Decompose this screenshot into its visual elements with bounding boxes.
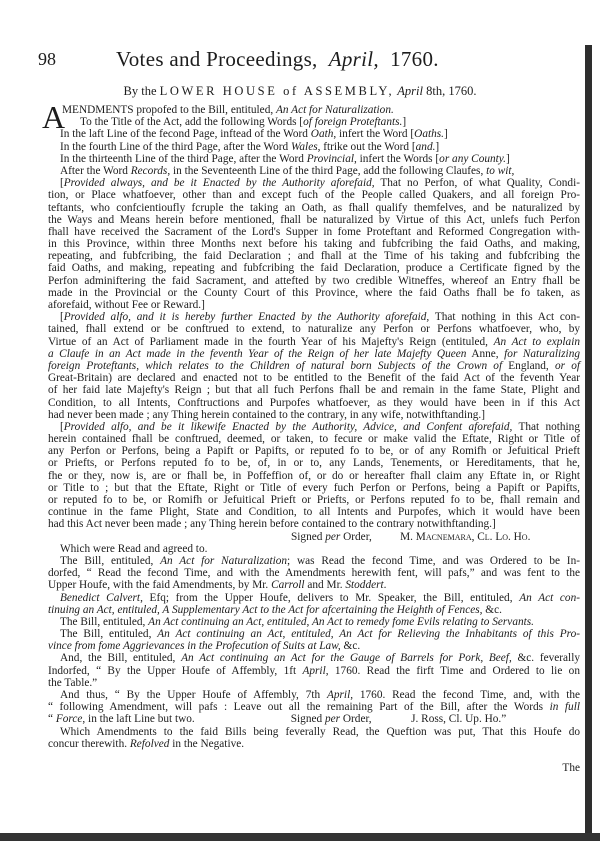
signature-upper-house: “ Force, in the laft Line but two. Signe… — [48, 713, 580, 725]
text-line: had this Act never been made ; any Thing… — [48, 518, 580, 530]
text-line: made in the Provincial or the County Cou… — [48, 287, 580, 299]
document-body: AMENDMENTS propofed to the Bill, entitul… — [48, 104, 580, 774]
text-line: aforefaid, without Fee or Reward.] — [48, 299, 580, 311]
text-line: Perfon adminiftering the faid Sacrament,… — [48, 275, 580, 287]
text-line: tion, or Place whatfoever, other than an… — [48, 189, 580, 201]
text-line: The Bill, entituled, An Act continuing a… — [48, 628, 580, 640]
text-line: dorfed, “ Read the fecond Time, and with… — [48, 567, 580, 579]
text-line: Which were Read and agreed to. — [48, 543, 580, 555]
section-heading: By the LOWER HOUSE of ASSEMBLY, April 8t… — [0, 84, 600, 99]
text-line: in this Province, within three Months ne… — [48, 238, 580, 250]
text-line: the Ways and Means herein before mention… — [48, 214, 580, 226]
text-line: [Provided alfo, and be it likewife Enact… — [48, 421, 580, 433]
text-line: foreign Proteftants, which relates to th… — [48, 360, 580, 372]
text-line: any Perfon or Perfons, being a Papift or… — [48, 445, 580, 457]
text-line: a Claufe in an Act made in the feventh Y… — [48, 348, 580, 360]
text-line: tinuing an Act, entituled, A Supplementa… — [48, 604, 580, 616]
text-line: And, the Bill, entituled, An Act continu… — [48, 652, 580, 664]
running-title: Votes and Proceedings, April, 1760. — [116, 47, 439, 72]
text-line: fhe or they, now is, are or fhall be, in… — [48, 470, 580, 482]
text-line: had never been made ; any Thing herein c… — [48, 409, 580, 421]
text-line: “ following Amendment, will pafs : Leave… — [48, 701, 580, 713]
text-line: Which Amendments to the faid Bills being… — [48, 726, 580, 738]
text-line: In the fourth Line of the third Page, af… — [48, 141, 580, 153]
text-line: or reputed fo to be, or Romifh or Jefuit… — [48, 494, 580, 506]
scan-edge-bottom — [0, 833, 600, 841]
text-line: repeating, and fubfcribing, the faid Dec… — [48, 250, 580, 262]
text-line: After the Word Records, in the Seventeen… — [48, 165, 580, 177]
text-line: fhall have received the Sacrament of the… — [48, 226, 580, 238]
text-line: herein contained fhall be conftrued, dee… — [48, 433, 580, 445]
text-line: teftants, who confcientioufly fcruple th… — [48, 202, 580, 214]
text-line: In the thirteenth Line of the third Page… — [48, 153, 580, 165]
text-line: [Provided always, and be it Enacted by t… — [48, 177, 580, 189]
text-line: Indorfed, “ By the Upper Houfe of Affemb… — [48, 665, 580, 677]
drop-cap: A — [42, 102, 65, 132]
text-line: of her faid late Majefty's Reign ; but t… — [48, 384, 580, 396]
text-line: Great-Britain) are declared and enacted … — [48, 372, 580, 384]
text-line: the Table.” — [48, 677, 580, 689]
catchword: The — [48, 762, 580, 774]
running-header: 98 Votes and Proceedings, April, 1760. — [38, 49, 568, 75]
text-line: To the Title of the Act, add the followi… — [48, 116, 580, 128]
text-line: The Bill, entituled, An Act continuing a… — [48, 616, 580, 628]
text-line: or Title to ; but that the Eftate, Right… — [48, 482, 580, 494]
text-line: tained, fhall extend or be conftrued to … — [48, 323, 580, 335]
text-line: In the laft Line of the fecond Page, inf… — [48, 128, 580, 140]
text-line: The Bill, entituled, An Act for Naturali… — [48, 555, 580, 567]
text-line: [Provided alfo, and it is hereby further… — [48, 311, 580, 323]
text-line: Benedict Calvert, Efq; from the Upper Ho… — [48, 592, 580, 604]
text-line: continue in the fame Plight, State and C… — [48, 506, 580, 518]
text-line: And thus, “ By the Upper Houfe of Affemb… — [48, 689, 580, 701]
text-line: faid Oaths, and making, repeating and fu… — [48, 262, 580, 274]
text-line: AMENDMENTS propofed to the Bill, entitul… — [48, 104, 580, 116]
text-line: Virtue of an Act of Parliament made in t… — [48, 336, 580, 348]
page-number: 98 — [38, 49, 56, 70]
document-page: 98 Votes and Proceedings, April, 1760. B… — [0, 0, 600, 841]
scan-edge-right — [585, 45, 592, 835]
text-line: vince from fome Aggrievances in the Prof… — [48, 640, 580, 652]
text-line: or Priefts, or Perfons reputed fo to be,… — [48, 457, 580, 469]
text-line: Upper Houfe, with the faid Amendments, b… — [48, 579, 580, 591]
text-line: concur therewith. Refolved in the Negati… — [48, 738, 580, 750]
signature-lower-house: Signed per Order, M. Macnemara, Cl. Lo. … — [48, 531, 580, 543]
text-line: Condition, to all Intents, Conftructions… — [48, 397, 580, 409]
